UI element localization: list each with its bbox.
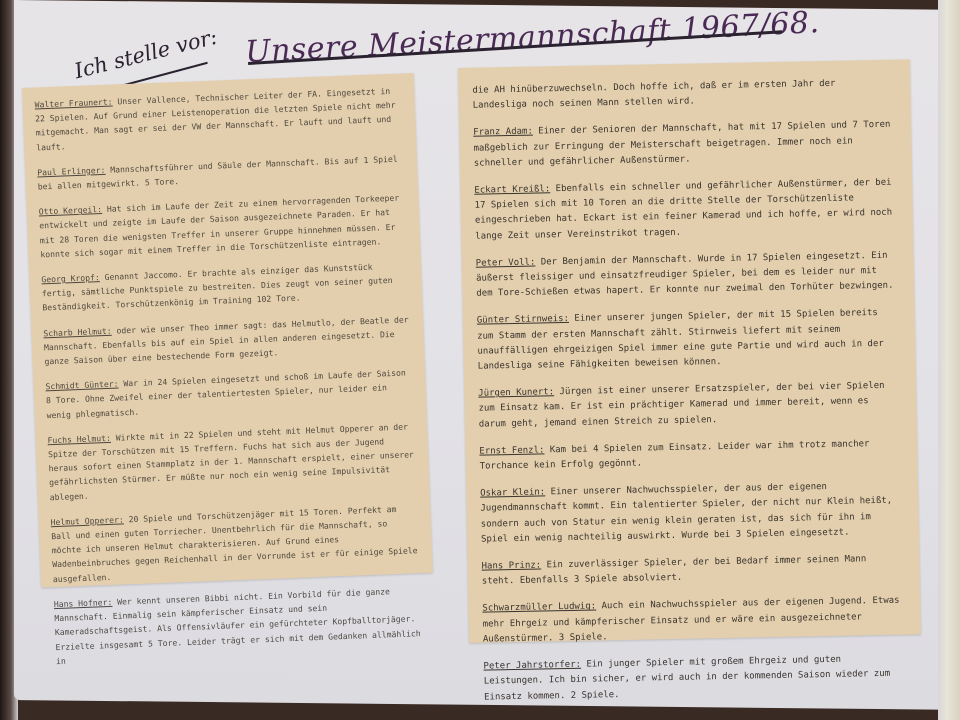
player-name: Peter Voll: [476,257,536,268]
player-name: Jürgen Kunert: [478,387,554,398]
player-entry: Walter Fraunert: Unser Vallence, Technis… [34,83,402,154]
player-name: Oskar Klein: [480,488,545,499]
player-entry: Paul Erlinger: Mannschaftsführer und Säu… [37,151,404,193]
player-entry: Otto Kergeil: Hat sich im Laufe der Zeit… [38,191,406,262]
player-name: Hans Hofner: [54,597,113,609]
player-description: War in 24 Spielen eingesetzt und schoß i… [46,368,406,420]
player-name: Walter Fraunert: [34,97,112,110]
player-name: Franz Adam: [473,127,533,138]
player-entry: Hans Prinz: Ein zuverlässiger Spieler, d… [481,552,904,591]
player-name: Hans Prinz: [481,561,541,572]
player-name: Peter Jahrstorfer: [483,660,581,672]
player-description: die AH hinüberzuwechseln. Doch hoffe ich… [472,79,835,111]
player-entry: Schmidt Günter: War in 24 Spielen einges… [45,366,412,423]
player-entry: Hans Hofner: Wer kennt unseren Bibbi nic… [54,583,422,668]
player-entry: Peter Voll: Der Benjamin der Mannschaft.… [476,248,899,302]
player-entry: Schwarzmüller Ludwig: Auch ein Nachwuchs… [482,594,905,648]
player-description: Einer der Senioren der Mannschaft, hat m… [473,120,890,168]
player-name: Schmidt Günter: [45,379,118,392]
player-description: oder wie unser Theo immer sagt: das Helm… [44,314,409,366]
page-stack-edge [938,0,960,720]
player-name: Otto Kergeil: [39,204,103,216]
player-entry: Eckart Kreißl: Ebenfalls ein schneller u… [474,176,897,245]
player-name: Eckart Kreißl: [474,184,550,195]
player-name: Scharb Helmut: [43,325,112,338]
player-name: Helmut Opperer: [50,514,123,527]
player-entry: Ernst Fenzl: Kam bei 4 Spielen zum Einsa… [479,436,902,475]
player-name: Ernst Fenzl: [479,445,544,456]
player-description: Ein zuverlässiger Spieler, der bei Bedar… [482,554,867,587]
typed-card-right: die AH hinüberzuwechseln. Doch hoffe ich… [458,59,921,643]
player-entry: Scharb Helmut: oder wie unser Theo immer… [43,312,410,369]
typed-card-left: Walter Fraunert: Unser Vallence, Technis… [22,73,433,588]
player-description: Hat sich im Laufe der Zeit zu einem herv… [39,193,399,259]
player-description: Unser Vallence, Technischer Leiter der F… [35,86,396,152]
player-entry: Georg Kropf: Genannt Jaccomo. Er brachte… [41,258,408,315]
player-entry: die AH hinüberzuwechseln. Doch hoffe ich… [472,76,895,115]
player-entry: Franz Adam: Einer der Senioren der Manns… [473,118,896,172]
player-entry: Jürgen Kunert: Jürgen ist einer unserer … [478,379,901,433]
player-name: Schwarzmüller Ludwig: [482,602,596,614]
player-name: Günter Stirnweis: [477,314,569,326]
player-name: Fuchs Helmut: [47,433,111,445]
player-entry: Günter Stirnweis: Einer unserer jungen S… [477,306,900,375]
player-entry: Fuchs Helmut: Wirkte mit in 22 Spielen u… [47,419,415,504]
player-name: Georg Kropf: [41,272,100,284]
player-name: Paul Erlinger: [37,165,106,178]
player-entry: Peter Jahrstorfer: Ein junger Spieler mi… [483,652,906,706]
player-entry: Oskar Klein: Einer unserer Nachwuchsspie… [480,479,903,548]
player-description: Genannt Jaccomo. Er brachte als einziger… [42,262,393,313]
player-entry: Helmut Opperer: 20 Spiele und Torschütze… [50,501,418,586]
player-description: Der Benjamin der Mannschaft. Wurde in 17… [476,251,894,299]
